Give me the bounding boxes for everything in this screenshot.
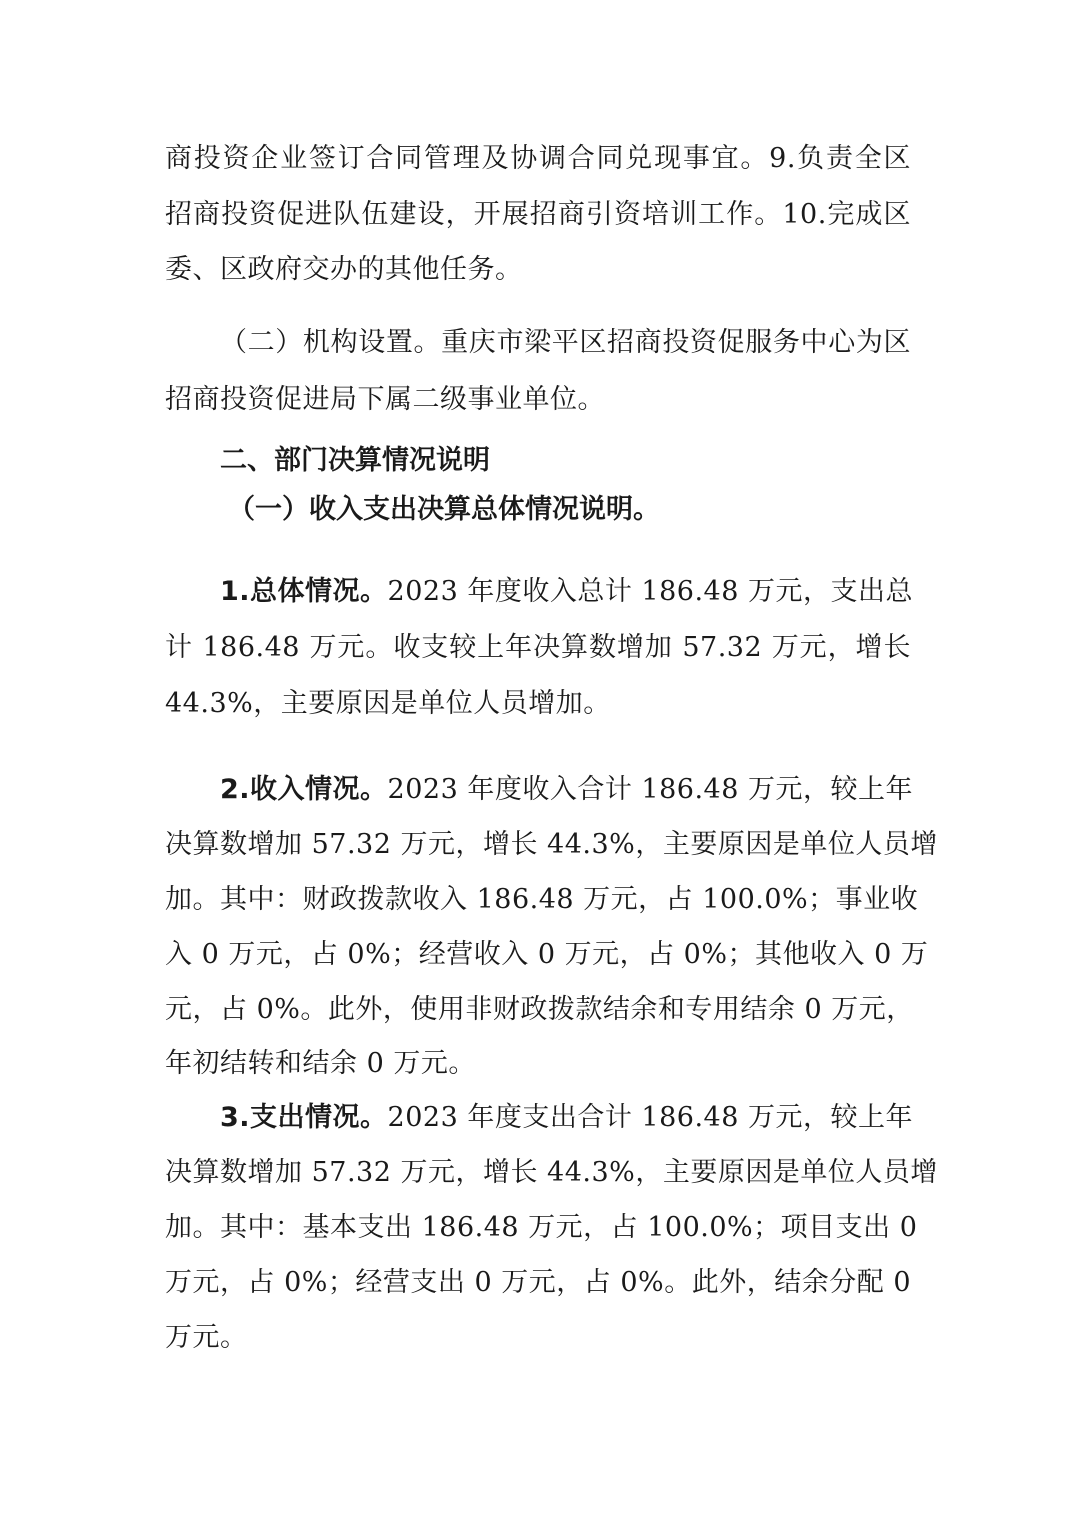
income-label: 2.收入情况。 bbox=[220, 774, 388, 805]
section-heading: 二、部门决算情况说明 bbox=[220, 444, 490, 478]
expenditure-line-3: 加。其中：基本支出 186.48 万元，占 100.0%；项目支出 0 bbox=[165, 1211, 911, 1245]
expenditure-line-2: 决算数增加 57.32 万元，增长 44.3%，主要原因是单位人员增 bbox=[165, 1156, 911, 1190]
expenditure-line-4: 万元，占 0%；经营支出 0 万元，占 0%。此外，结余分配 0 bbox=[165, 1266, 911, 1300]
overall-label: 1.总体情况。 bbox=[220, 576, 388, 607]
org-line-2: 招商投资促进局下属二级事业单位。 bbox=[165, 383, 911, 417]
overall-line-2: 计 186.48 万元。收支较上年决算数增加 57.32 万元，增长 bbox=[165, 631, 911, 665]
intro-line-1: 商投资企业签订合同管理及协调合同兑现事宜。9.负责全区 bbox=[165, 142, 911, 176]
overall-text: 2023 年度收入总计 186.48 万元，支出总 bbox=[388, 576, 913, 607]
overall-line-3: 44.3%，主要原因是单位人员增加。 bbox=[165, 687, 911, 721]
income-line-2: 决算数增加 57.32 万元，增长 44.3%，主要原因是单位人员增 bbox=[165, 828, 911, 862]
document-page: 商投资企业签订合同管理及协调合同兑现事宜。9.负责全区 招商投资促进队伍建设，开… bbox=[0, 0, 1074, 1520]
subsection-heading: （一）收入支出决算总体情况说明。 bbox=[228, 493, 660, 527]
org-line-1: （二）机构设置。重庆市梁平区招商投资促服务中心为区 bbox=[220, 326, 911, 360]
income-line-6: 年初结转和结余 0 万元。 bbox=[165, 1047, 911, 1081]
intro-line-2: 招商投资促进队伍建设，开展招商引资培训工作。10.完成区 bbox=[165, 198, 911, 232]
income-text: 2023 年度收入合计 186.48 万元，较上年 bbox=[388, 774, 913, 805]
income-line-5: 元，占 0%。此外，使用非财政拨款结余和专用结余 0 万元， bbox=[165, 993, 911, 1027]
expenditure-label: 3.支出情况。 bbox=[220, 1102, 388, 1133]
overall-line-1: 1.总体情况。2023 年度收入总计 186.48 万元，支出总 bbox=[220, 575, 911, 609]
income-line-3: 加。其中：财政拨款收入 186.48 万元，占 100.0%；事业收 bbox=[165, 883, 911, 917]
income-line-1: 2.收入情况。2023 年度收入合计 186.48 万元，较上年 bbox=[220, 773, 911, 807]
expenditure-text: 2023 年度支出合计 186.48 万元，较上年 bbox=[388, 1102, 913, 1133]
expenditure-line-1: 3.支出情况。2023 年度支出合计 186.48 万元，较上年 bbox=[220, 1101, 911, 1135]
intro-line-3: 委、区政府交办的其他任务。 bbox=[165, 253, 911, 287]
income-line-4: 入 0 万元，占 0%；经营收入 0 万元，占 0%；其他收入 0 万 bbox=[165, 938, 911, 972]
expenditure-line-5: 万元。 bbox=[165, 1321, 911, 1355]
